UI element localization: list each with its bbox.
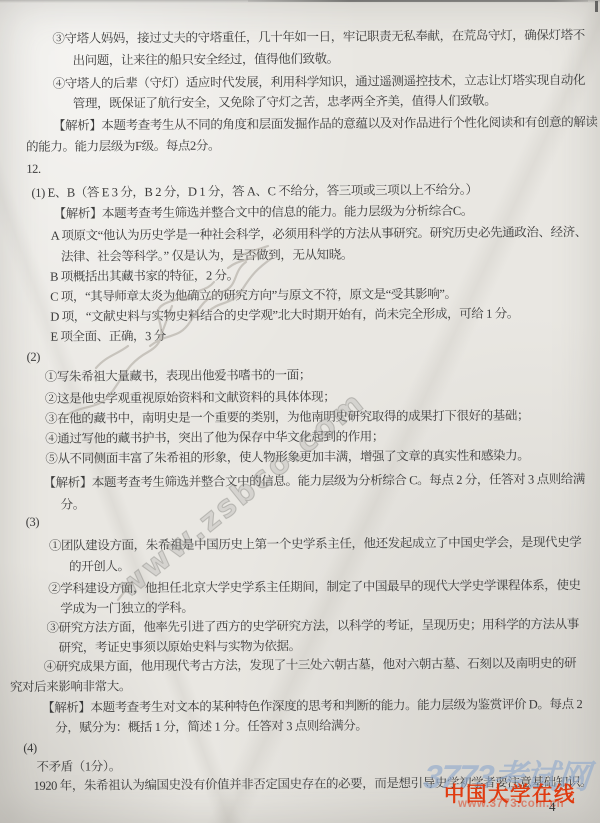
text-line: 研究，考证史事须以原始史料与实物为依据。 bbox=[59, 639, 301, 655]
text-line: (4) bbox=[23, 741, 36, 755]
text-line: 管理，既保证了航行安全，又免除了守灯之苦，忠孝两全齐美，值得人们致敬。 bbox=[73, 94, 497, 111]
text-line: 的能力。能力层级为F级。每点2分。 bbox=[26, 139, 220, 155]
text-line: D 项，“文献史料与实物史料结合的史学观”北大时期开始有，尚未完全形成，可给 1… bbox=[50, 306, 519, 324]
text-line: 究对后来影响非常大。 bbox=[10, 679, 131, 694]
text-line: ③研究方法方面，他率先引进了西方的史学研究方法，以科学的考证，呈现历史；用科学的… bbox=[46, 617, 578, 635]
text-line: 【解析】本题考查考生筛选并整合文中的信息的能力。能力层级为分析综合C。 bbox=[54, 204, 473, 221]
text-line: 分，赋分为：概括 1 分，简述 1 分。任答对 3 点则给满分。 bbox=[55, 719, 367, 736]
text-line: 12. bbox=[26, 162, 41, 176]
text-line: 法律、社会等科学。” 仅是认为，是否做到，无从知晓。 bbox=[61, 248, 353, 264]
text-line: (2) bbox=[27, 350, 40, 364]
text-line: C 项，“其导师章太炎为他确立的研究方向”与原文不符，原文是“受其影响”。 bbox=[50, 287, 456, 304]
text-line: 分。 bbox=[61, 498, 85, 513]
page-number: 4 bbox=[549, 799, 556, 815]
text-line: ③守塔人妈妈，接过丈夫的守塔重任，几十年如一日，牢记职责无私奉献，在荒岛守灯，确… bbox=[52, 28, 584, 46]
text-line: 【解析】本题考查考生对文本的某种特色作深度的思考和判断的能力。能力层级为鉴赏评价… bbox=[42, 697, 582, 715]
text-line: ①写朱希祖大量藏书，表现出他爱书嗜书的一面； bbox=[45, 368, 311, 384]
text-line: E 项全面、正确，3 分 bbox=[50, 329, 165, 344]
text-line: ②这是他史学观重视原始资料和文献资料的具体体现； bbox=[45, 390, 335, 406]
text-line: 学成为一门独立的学科。 bbox=[60, 601, 193, 616]
text-line: A 项原文“他认为历史学是一种社会科学，必须用科学的方法从事研究。研究历史必先通… bbox=[51, 225, 587, 243]
text-line: 不矛盾（1分）。 bbox=[36, 759, 120, 774]
text-line: 【解析】本题考查考生从不同的角度和层面发掘作品的意蕴以及对作品进行个性化阅读和有… bbox=[53, 115, 598, 133]
text-line: B 项概括出其藏书家的特征，2 分。 bbox=[50, 268, 239, 284]
text-line: 出问题，让来往的船只安全经过，值得他们致敬。 bbox=[72, 52, 338, 68]
scanned-answer-sheet-page: ③守塔人妈妈，接过丈夫的守塔重任，几十年如一日，牢记职责无私奉献，在荒岛守灯，确… bbox=[0, 0, 600, 823]
text-line: (3) bbox=[26, 515, 39, 529]
text-line: ④守塔人的后辈（守灯）适应时代发展，利用科学知识，通过遥测遥控技术，立志让灯塔实… bbox=[53, 73, 585, 91]
document-text-block: ③守塔人妈妈，接过丈夫的守塔重任，几十年如一日，牢记职责无私奉献，在荒岛守灯，确… bbox=[0, 0, 600, 823]
text-line: ③在他的藏书中，南明史是一个重要的类别，为他南明史研究取得的成果打下很好的基础； bbox=[45, 408, 529, 426]
text-line: 【解析】本题考查考生筛选并整合文中的信息。能力层级为分析综合 C。每点 2 分，… bbox=[43, 472, 585, 490]
text-line: ①团队建设方面，朱希祖是中国历史上第一个史学系主任，他还发起成立了中国史学会，是… bbox=[49, 535, 581, 553]
text-line: ④研究成果方面，他用现代考古方法，发现了十三处六朝古墓，他对六朝古墓、石刻以及南… bbox=[44, 656, 576, 674]
text-line: (1) E、B（答 E 3 分，B 2 分，D 1 分，答 A、C 不给分，答三… bbox=[31, 183, 477, 200]
